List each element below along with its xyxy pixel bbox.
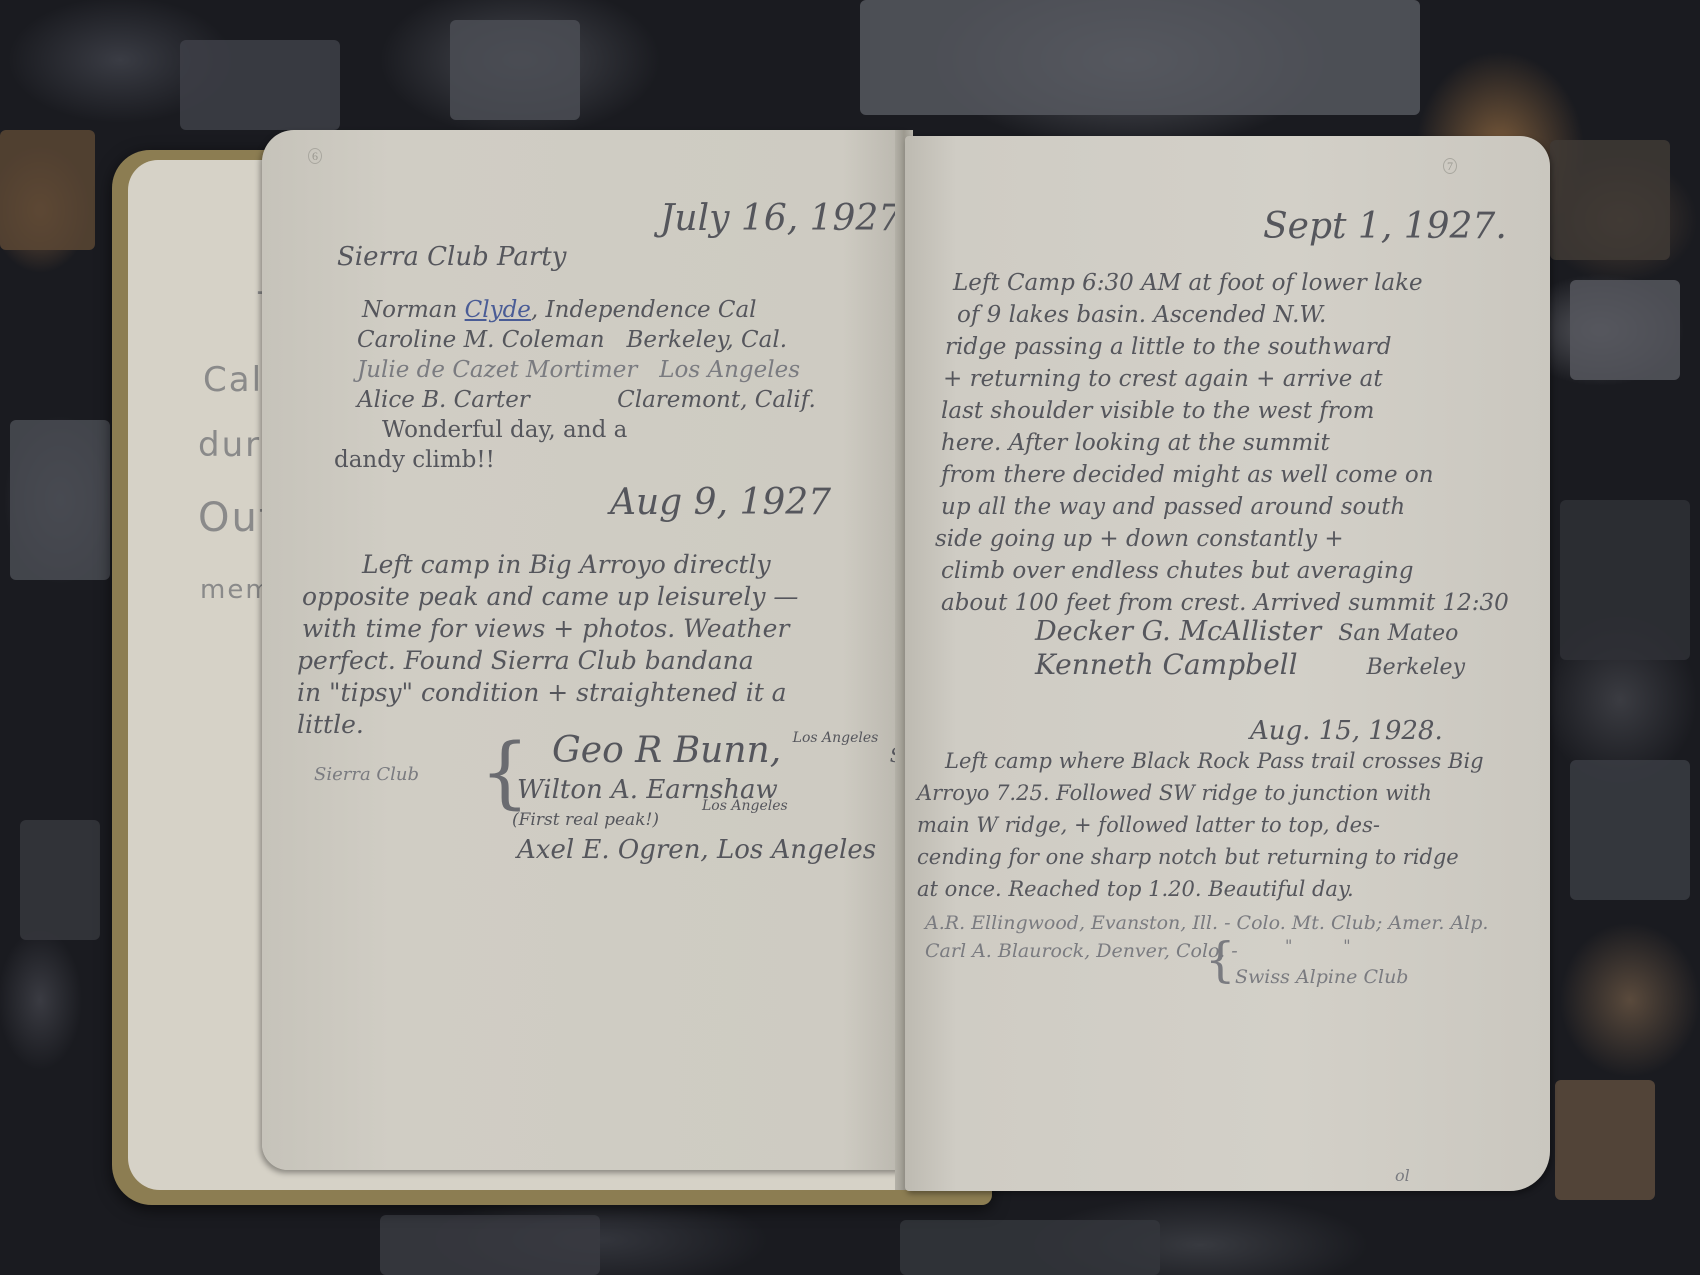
signer-place: Los Angeles: [702, 798, 788, 814]
group-label: Sierra Club: [314, 760, 419, 790]
page-number: 7: [1443, 158, 1457, 174]
signer-line: Geo R Bunn, Los Angeles S.C.: [552, 730, 930, 771]
entry-date: Aug. 15, 1928.: [1250, 716, 1443, 746]
signer-place: San Mateo: [1338, 621, 1458, 646]
footer-mark: ol: [1395, 1166, 1410, 1185]
entry-date: July 16, 1927: [660, 198, 901, 239]
signer-place: Los Angeles: [659, 357, 800, 383]
signer-place: Claremont, Calif.: [617, 387, 816, 413]
entry-line: last shoulder visible to the west from: [941, 396, 1374, 426]
signer-name: Alice B. Carter: [357, 387, 530, 413]
signer-line: Alice B. Carter Claremont, Calif.: [357, 385, 816, 415]
entry-remark: dandy climb!!: [334, 445, 495, 475]
entry-date: Aug 9, 1927: [610, 482, 831, 523]
rock: [380, 1215, 600, 1275]
entry-date: Sept 1, 1927.: [1263, 206, 1507, 247]
rock: [1555, 1080, 1655, 1200]
signer-line: Axel E. Ogren, Los Angeles: [517, 835, 876, 865]
rock: [0, 130, 95, 250]
signer-line: Decker G. McAllister San Mateo: [1035, 616, 1458, 647]
rock: [20, 820, 100, 940]
entry-line: ridge passing a little to the southward: [945, 332, 1391, 362]
entry-line: opposite peak and came up leisurely —: [302, 582, 798, 612]
signer-name: Caroline M. Coleman: [357, 327, 605, 353]
entry-line: Left Camp 6:30 AM at foot of lower lake: [953, 268, 1423, 298]
signer-line: Kenneth Campbell Berkeley: [1035, 648, 1465, 681]
entry-line: cending for one sharp notch but returnin…: [917, 842, 1459, 872]
entry-line: of 9 lakes basin. Ascended N.W.: [957, 300, 1326, 330]
rock: [1570, 280, 1680, 380]
entry-line: about 100 feet from crest. Arrived summi…: [941, 588, 1509, 618]
rock: [180, 40, 340, 130]
entry-line: up all the way and passed around south: [941, 492, 1405, 522]
page-number: 6: [308, 148, 322, 164]
entry-line: Arroyo 7.25. Followed SW ridge to juncti…: [917, 778, 1432, 808]
signer-line: Julie de Cazet Mortimer Los Angeles: [357, 355, 800, 385]
entry-line: in "tipsy" condition + straightened it a: [297, 678, 787, 708]
left-page: 6 July 16, 1927 Sierra Club Party Norman…: [262, 130, 907, 1170]
entry-line: little.: [297, 710, 364, 740]
brace: {: [1205, 932, 1236, 988]
rock: [10, 420, 110, 580]
ditto-marks: " ": [1285, 936, 1351, 955]
rock: [900, 1220, 1160, 1275]
club-note: Swiss Alpine Club: [1235, 966, 1408, 988]
entry-line: + returning to crest again + arrive at: [943, 364, 1383, 394]
signer-place: Berkeley: [1366, 655, 1465, 680]
signer-place: Los Angeles: [717, 835, 876, 865]
endpaper-fragment: Cal: [203, 360, 263, 400]
signer-name: Decker G. McAllister: [1035, 616, 1321, 647]
signer-name: Axel E. Ogren,: [517, 835, 709, 865]
entry-line: here. After looking at the summit: [941, 428, 1330, 458]
signer-name: Geo R Bunn,: [552, 730, 781, 771]
entry-line: from there decided might as well come on: [941, 460, 1434, 490]
signer-name: Kenneth Campbell: [1035, 648, 1298, 681]
signer-line: Carl A. Blaurock, Denver, Colo. -: [925, 936, 1238, 966]
entry-line: Left camp in Big Arroyo directly: [362, 550, 771, 580]
entry-line: climb over endless chutes but averaging: [941, 556, 1413, 586]
signer-place: Los Angeles: [793, 730, 879, 746]
signer-name: Norman: [362, 297, 457, 323]
signer-note: (First real peak!): [512, 810, 659, 830]
signer-line: Norman Clyde, Independence Cal: [362, 295, 757, 325]
rock: [1570, 760, 1690, 900]
entry-remark: Wonderful day, and a: [382, 415, 627, 445]
signer-place: , Independence Cal: [531, 297, 757, 323]
rock: [1550, 140, 1670, 260]
signer-name-underlined: Clyde: [465, 297, 531, 323]
rock: [1560, 500, 1690, 660]
entry-line: perfect. Found Sierra Club bandana: [297, 646, 754, 676]
entry-line: at once. Reached top 1.20. Beautiful day…: [917, 874, 1354, 904]
entry-line: main W ridge, + followed latter to top, …: [917, 810, 1380, 840]
entry-heading: Sierra Club Party: [337, 242, 566, 272]
right-page: 7 Sept 1, 1927. Left Camp 6:30 AM at foo…: [905, 136, 1550, 1191]
rock: [860, 0, 1420, 115]
entry-line: with time for views + photos. Weather: [302, 614, 789, 644]
signer-name: Julie de Cazet Mortimer: [357, 357, 637, 383]
rock: [450, 20, 580, 120]
signer-place: Berkeley, Cal.: [626, 327, 787, 353]
entry-line: Left camp where Black Rock Pass trail cr…: [945, 746, 1484, 776]
entry-line: side going up + down constantly +: [935, 524, 1344, 554]
signer-line: Caroline M. Coleman Berkeley, Cal.: [357, 325, 787, 355]
